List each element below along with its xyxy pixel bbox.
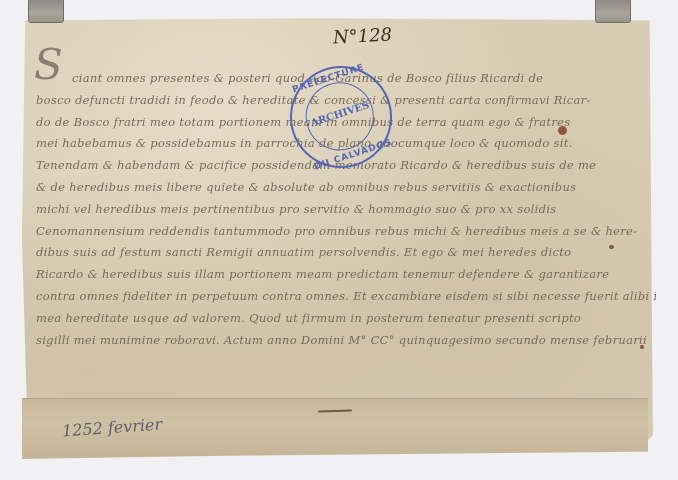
left-mounting-clip [28, 0, 64, 23]
text-line: michi vel heredibus meis pertinentibus p… [36, 199, 656, 221]
text-line: Ricardo & heredibus suis illam portionem… [36, 264, 656, 286]
text-line: sigilli mei munimine roboravi. Actum ann… [36, 330, 656, 352]
ink-stain [558, 126, 567, 135]
ink-stain [609, 245, 614, 249]
text-line: mea hereditate usque ad valorem. Quod ut… [36, 308, 656, 330]
text-line: & de heredibus meis libere quiete & abso… [36, 177, 656, 199]
shelfmark-number: N°128 [332, 24, 392, 48]
ink-stain [640, 345, 644, 349]
text-line: dibus suis ad festum sancti Remigii annu… [36, 242, 656, 264]
text-line: Cenomannensium reddendis tantummodo pro … [36, 221, 656, 243]
text-line: contra omnes fideliter in perpetuum cont… [36, 286, 656, 308]
right-mounting-clip [595, 0, 631, 23]
